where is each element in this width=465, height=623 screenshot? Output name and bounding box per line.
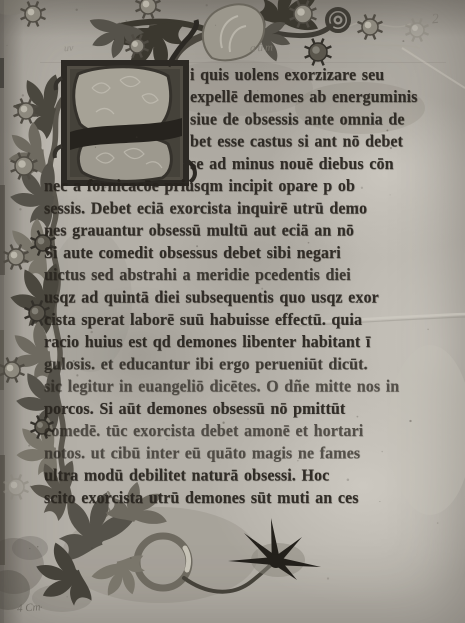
sunburst-flower-icon (357, 14, 382, 39)
ink-speck (91, 547, 93, 549)
ink-speck (5, 369, 6, 370)
text-line: gulosis. et educantur ibi ergo perueniūt… (44, 353, 418, 375)
manuscript-page: 2 uv aūm i quis uolens exorzizare seuexp… (0, 0, 465, 623)
text-line: uictus sed abstrahi a meridie pcedentis … (44, 264, 418, 286)
ink-speck (19, 208, 21, 210)
ink-speck (402, 40, 404, 42)
text-line: sessis. Debet eciā exorcista inquirē utr… (44, 198, 418, 220)
ink-speck (154, 47, 155, 48)
text-line: siue de obsessis ante omnia de (44, 109, 418, 131)
ink-speck (162, 40, 164, 42)
marginalia-scribble: uv (64, 43, 74, 54)
ink-speck (149, 38, 150, 39)
text-line: comedē. tūc exorcista debet amonē et hor… (44, 420, 418, 442)
ink-speck (327, 577, 329, 579)
text-line: racio huius est qd demones libenter habi… (44, 331, 418, 353)
star-center (269, 554, 283, 568)
ink-speck (39, 413, 40, 414)
ink-speck (30, 485, 32, 487)
sunburst-flower-icon (405, 18, 428, 41)
text-line: scito exorcista utrū demones sūt muti an… (44, 487, 418, 509)
ink-speck (22, 94, 24, 96)
ink-speck (37, 546, 38, 547)
text-line: cista sperat laborē suū habuisse effectū… (44, 309, 418, 331)
text-line: usqz ad quintā diei subsequentis quo usq… (44, 287, 418, 309)
text-line: expellē demones ab energuminis (44, 86, 418, 108)
text-line: se ad minus nouē diebus cōn (44, 153, 418, 175)
ink-speck (7, 45, 8, 46)
ink-speck (256, 542, 258, 544)
text-line: nes grauantur obsessū multū aut eciā an … (44, 220, 418, 242)
ink-speck (427, 329, 428, 330)
marginalia-note: aūm (250, 42, 275, 55)
text-line: bet esse castus si ant nō debet (44, 131, 418, 153)
tendril-spiral-eye (336, 18, 340, 22)
ink-speck (215, 25, 216, 26)
sunburst-flower-icon (3, 474, 28, 499)
ink-speck (206, 4, 208, 6)
text-line: Si aute comedit obsessus debet sibi nega… (44, 242, 418, 264)
text-line: sic legitur in euangeliō dicētes. O dñe … (44, 376, 418, 398)
ink-speck (67, 596, 68, 597)
text-line: nec a fornicacōe priusqm incipit opare p… (44, 175, 418, 197)
text-line: i quis uolens exorzizare seu (44, 64, 418, 86)
ink-speck (76, 9, 78, 11)
ink-speck (28, 445, 30, 447)
ink-speck (126, 20, 127, 21)
text-block: i quis uolens exorzizare seuexpellē demo… (44, 64, 418, 509)
bottom-left-mark: 4 Cm (17, 601, 41, 615)
text-line: porcos. Si aūt demones obsessū nō pmittū… (44, 398, 418, 420)
sunburst-flower-icon (305, 39, 332, 66)
text-line: ultra modū debilitet naturā obsessi. Hoc (44, 465, 418, 487)
sunburst-flower-icon (135, 0, 160, 19)
ink-speck (130, 557, 132, 559)
text-line: notos. ut cibū inter eū quāto magis ne f… (44, 442, 418, 464)
ink-speck (437, 522, 439, 524)
ink-speck (29, 548, 30, 549)
